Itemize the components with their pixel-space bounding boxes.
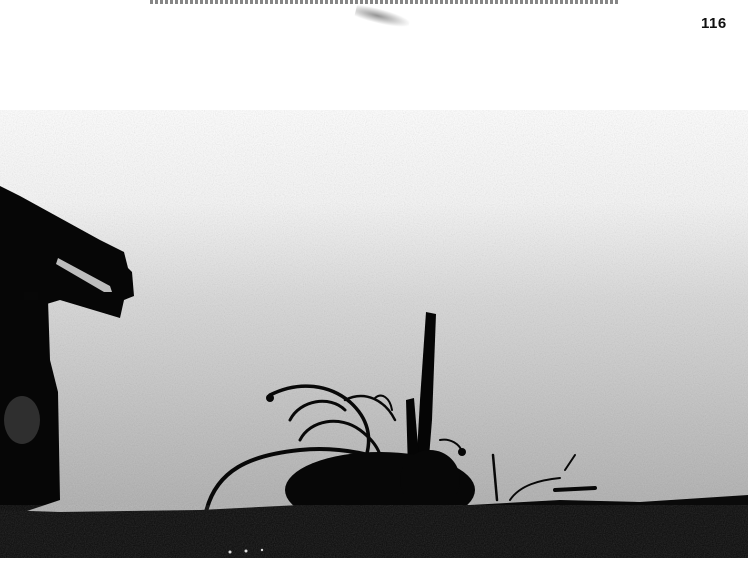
page-number: 116 [701, 15, 727, 32]
photograph [0, 0, 750, 564]
